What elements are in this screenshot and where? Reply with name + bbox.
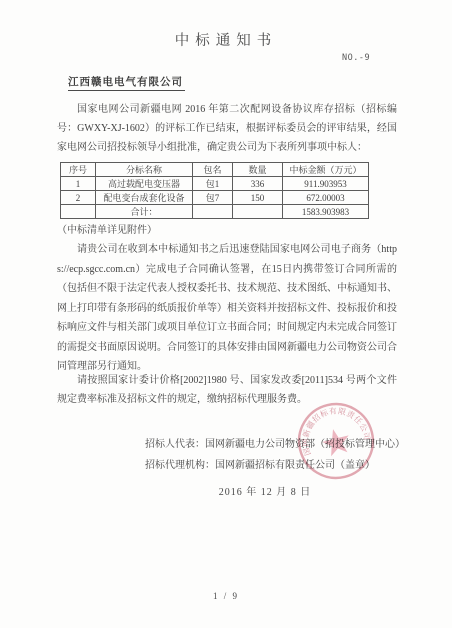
total-label: 合计： xyxy=(96,205,193,219)
cell-qty: 150 xyxy=(233,191,283,205)
fee-paragraph: 请按照国家计委计价格[2002]1980 号、国家发改委[2011]534 号两… xyxy=(57,371,397,409)
cell-name: 配电变台成套化设备 xyxy=(96,191,193,205)
document-date: 2016 年 12 月 8 日 xyxy=(78,483,452,498)
cell-empty xyxy=(233,205,283,219)
award-notice-document: 中标通知书 NO.-9 江西赣电电气有限公司 国家电网公司新疆电网 2016 年… xyxy=(0,0,452,628)
cell-amount: 911.903953 xyxy=(283,177,369,191)
table-header-row: 序号 分标名称 包名 数量 中标金额（万元） xyxy=(61,163,369,177)
cell-amount: 672.00003 xyxy=(283,191,369,205)
table-row: 2 配电变台成套化设备 包7 150 672.00003 xyxy=(61,191,369,205)
header-name: 分标名称 xyxy=(96,163,193,177)
header-amount: 中标金额（万元） xyxy=(283,163,369,177)
cell-seq: 1 xyxy=(61,177,96,191)
header-pkg: 包名 xyxy=(193,163,233,177)
page-number: 1 / 9 xyxy=(0,591,452,601)
total-amount: 1583.903983 xyxy=(283,205,369,219)
header-qty: 数量 xyxy=(233,163,283,177)
addressee-company: 江西赣电电气有限公司 xyxy=(68,74,185,91)
table-total-row: 合计： 1583.903983 xyxy=(61,205,369,219)
award-table: 序号 分标名称 包名 数量 中标金额（万元） 1 高过载配电变压器 包1 336… xyxy=(60,162,369,219)
cell-pkg: 包7 xyxy=(193,191,233,205)
document-number: NO.-9 xyxy=(342,53,370,63)
cell-empty xyxy=(193,205,233,219)
agency-line: 招标代理机构：国网新疆招标有限责任公司（盖章） xyxy=(145,456,375,471)
cell-empty xyxy=(61,205,96,219)
cell-seq: 2 xyxy=(61,191,96,205)
cell-qty: 336 xyxy=(233,177,283,191)
cell-pkg: 包1 xyxy=(193,177,233,191)
bidder-representative-line: 招标人代表：国网新疆电力公司物资部（招投标管理中心） xyxy=(145,435,405,450)
header-seq: 序号 xyxy=(61,163,96,177)
intro-paragraph: 国家电网公司新疆电网 2016 年第二次配网设备协议库存招标（招标编号：GWXY… xyxy=(57,100,397,157)
cell-name: 高过载配电变压器 xyxy=(96,177,193,191)
page-title: 中标通知书 xyxy=(0,29,452,50)
attachment-note: （中标清单详见附件） xyxy=(57,221,157,236)
table-row: 1 高过载配电变压器 包1 336 911.903953 xyxy=(61,177,369,191)
contract-instructions-paragraph: 请贵公司在收到本中标通知书之后迅速登陆国家电网公司电子商务（https://ec… xyxy=(57,240,397,377)
